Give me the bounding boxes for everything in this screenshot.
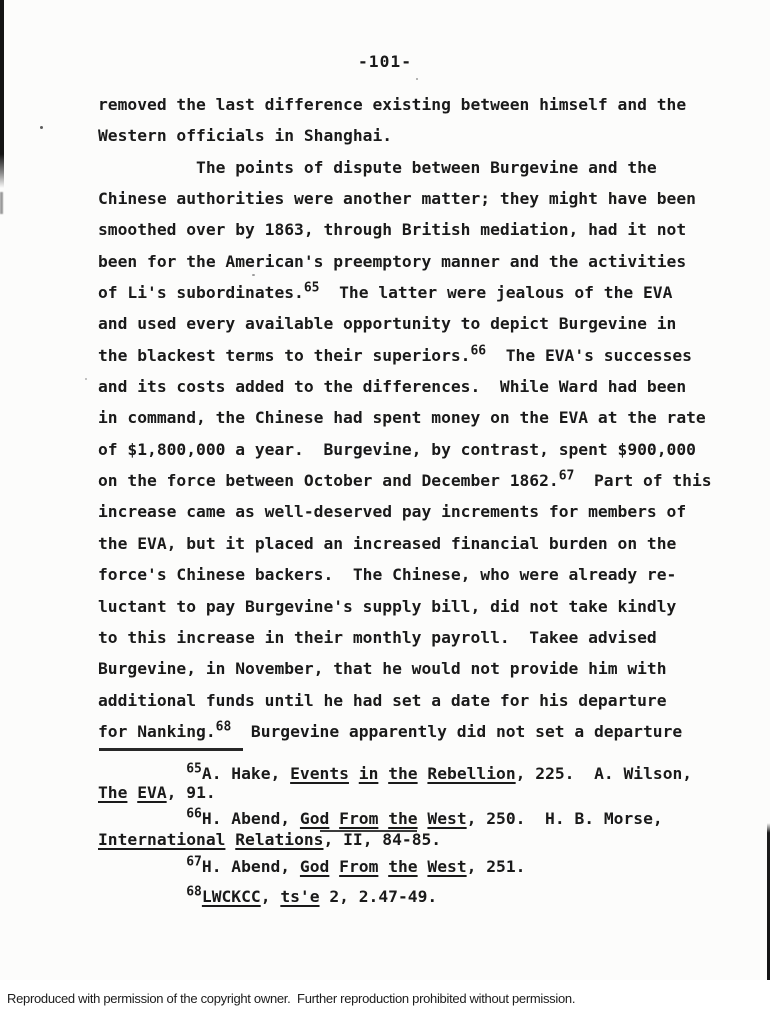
underlined-title-word: From — [339, 809, 378, 828]
footnote-ref: 67 — [186, 855, 202, 870]
footnote-line: The EVA, 91. — [98, 783, 216, 803]
body-line: force's Chinese backers. The Chinese, wh… — [98, 559, 738, 590]
body-line: for Nanking.68 Burgevine apparently did … — [98, 716, 738, 747]
underlined-title-word: The — [98, 783, 127, 802]
body-line: the EVA, but it placed an increased fina… — [98, 528, 738, 559]
underlined-title-word: the — [388, 857, 417, 876]
body-line: of $1,800,000 a year. Burgevine, by cont… — [98, 434, 738, 465]
body-line: Western officials in Shanghai. — [98, 120, 738, 151]
body-line: smoothed over by 1863, through British m… — [98, 214, 738, 245]
scan-mark-left-faint — [0, 192, 3, 214]
footnote-line: 68LWCKCC, ts'e 2, 2.47-49. — [98, 887, 437, 907]
underlined-title-word: LWCKCC — [202, 887, 261, 906]
footnote-line: 65A. Hake, Events in the Rebellion, 225.… — [98, 764, 692, 784]
footnote-line: 66H. Abend, God From the West, 250. H. B… — [98, 809, 663, 829]
underlined-title-word: Events — [290, 764, 349, 783]
page-number: -101- — [0, 52, 770, 72]
underlined-title-word: in — [359, 764, 379, 783]
body-line: additional funds until he had set a date… — [98, 685, 738, 716]
body-line: luctant to pay Burgevine's supply bill, … — [98, 591, 738, 622]
page: -101- removed the last difference existi… — [0, 0, 770, 1024]
body-text: removed the last difference existing bet… — [98, 89, 738, 747]
underlined-title-word: the — [388, 764, 417, 783]
footnote-ref: 66 — [186, 807, 202, 822]
scan-speck — [40, 126, 43, 129]
body-line: of Li's subordinates.65 The latter were … — [98, 277, 738, 308]
body-line: the blackest terms to their superiors.66… — [98, 340, 738, 371]
underlined-title-word: West — [427, 857, 466, 876]
underlined-title-word: West — [427, 809, 466, 828]
underlined-title-word: EVA — [137, 783, 166, 802]
body-line: to this increase in their monthly payrol… — [98, 622, 738, 653]
scan-speck — [85, 378, 87, 380]
underlined-title-word: Rebellion — [427, 764, 515, 783]
underlined-title-word: the — [388, 809, 417, 828]
footnote-ref: 65 — [304, 281, 320, 296]
underlined-title-word: God — [300, 857, 329, 876]
underlined-title-word: God — [300, 809, 329, 828]
underlined-title-word: International — [98, 830, 225, 849]
body-line: Chinese authorities were another matter;… — [98, 183, 738, 214]
copyright-strip: Reproduced with permission of the copyri… — [0, 980, 770, 1024]
body-line: in command, the Chinese had spent money … — [98, 402, 738, 433]
scan-speck — [416, 78, 418, 80]
underlined-title-word: ts'e — [280, 887, 319, 906]
footnote-ref: 67 — [559, 469, 575, 484]
underlined-title-word: Relations — [235, 830, 323, 849]
body-line: The points of dispute between Burgevine … — [98, 152, 738, 183]
footnote-separator — [99, 748, 243, 751]
body-line: on the force between October and Decembe… — [98, 465, 738, 496]
footnote-ref: 68 — [216, 719, 232, 734]
footnote-ref: 68 — [186, 885, 202, 900]
body-line: and used every available opportunity to … — [98, 308, 738, 339]
footnote-line: 67H. Abend, God From the West, 251. — [98, 857, 525, 877]
body-line: removed the last difference existing bet… — [98, 89, 738, 120]
body-line: increase came as well-deserved pay incre… — [98, 496, 738, 527]
body-line: been for the American's preemptory manne… — [98, 246, 738, 277]
body-line: Burgevine, in November, that he would no… — [98, 653, 738, 684]
body-line: and its costs added to the differences. … — [98, 371, 738, 402]
underlined-title-word: From — [339, 857, 378, 876]
footnote-ref: 65 — [186, 762, 202, 777]
scan-bar-top-left — [0, 0, 4, 188]
footnote-ref: 66 — [470, 343, 486, 358]
footnote-line: International Relations, II, 84-85. — [98, 830, 441, 850]
copyright-notice: Reproduced with permission of the copyri… — [7, 991, 575, 1006]
